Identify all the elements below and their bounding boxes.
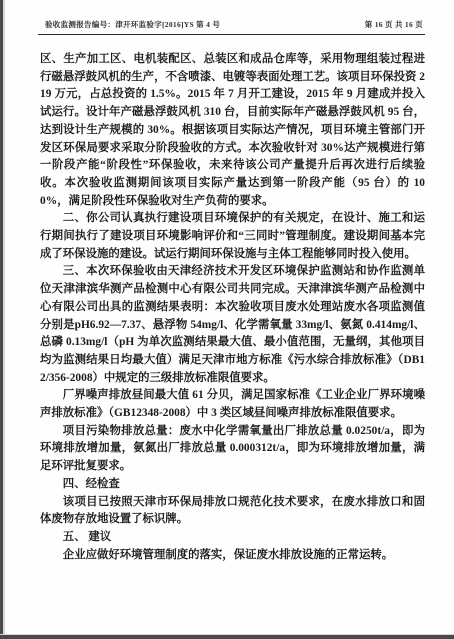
header-divider — [38, 34, 425, 35]
paragraph: 区、生产加工区、电机装配区、总装区和成品仓库等，采用物理组装过程进行磁悬浮鼓风机… — [40, 51, 425, 210]
scan-edge-bottom-shadow — [0, 634, 454, 635]
report-number-label: 验收监测报告编号：津开环监验字[2016]YS 第 4 号 — [45, 19, 220, 30]
paragraph: 该项目已按照天津市环保局排放口规范化技术要求，在废水排放口和固体废物存放地设置了… — [40, 494, 425, 529]
scanned-document-page: 验收监测报告编号：津开环监验字[2016]YS 第 4 号 第 16 页 共 1… — [0, 0, 454, 639]
paragraph: 三、本次环保验收由天津经济技术开发区环境保护监测站和协作监测单位天津津滨华测产品… — [40, 263, 425, 387]
paragraph: 四、经检查 — [40, 476, 425, 494]
paragraph: 厂界噪声排放昼间最大值 61 分贝，满足国家标准《工业企业厂界环境噪声排放标准》… — [40, 387, 425, 422]
paragraph: 五、 建议 — [40, 529, 425, 547]
document-body: 区、生产加工区、电机装配区、总装区和成品仓库等，采用物理组装过程进行磁悬浮鼓风机… — [40, 51, 425, 564]
paragraph: 二、你公司认真执行建设项目环境保护的有关规定，在设计、施工和运行期间执行了建设项… — [40, 210, 425, 263]
page-content: 验收监测报告编号：津开环监验字[2016]YS 第 4 号 第 16 页 共 1… — [40, 19, 425, 564]
paragraph: 企业应做好环境管理制度的落实，保证废水排放设施的正常运转。 — [40, 547, 425, 565]
paragraph: 项目污染物排放总量：废水中化学需氧量出厂排放总量 0.0250t/a，即为环境排… — [40, 423, 425, 476]
page-header: 验收监测报告编号：津开环监验字[2016]YS 第 4 号 第 16 页 共 1… — [40, 19, 425, 30]
page-number-label: 第 16 页 共 16 页 — [365, 19, 423, 30]
scan-edge-bottom — [0, 635, 454, 639]
scan-edge-left-shadow — [3, 0, 5, 639]
